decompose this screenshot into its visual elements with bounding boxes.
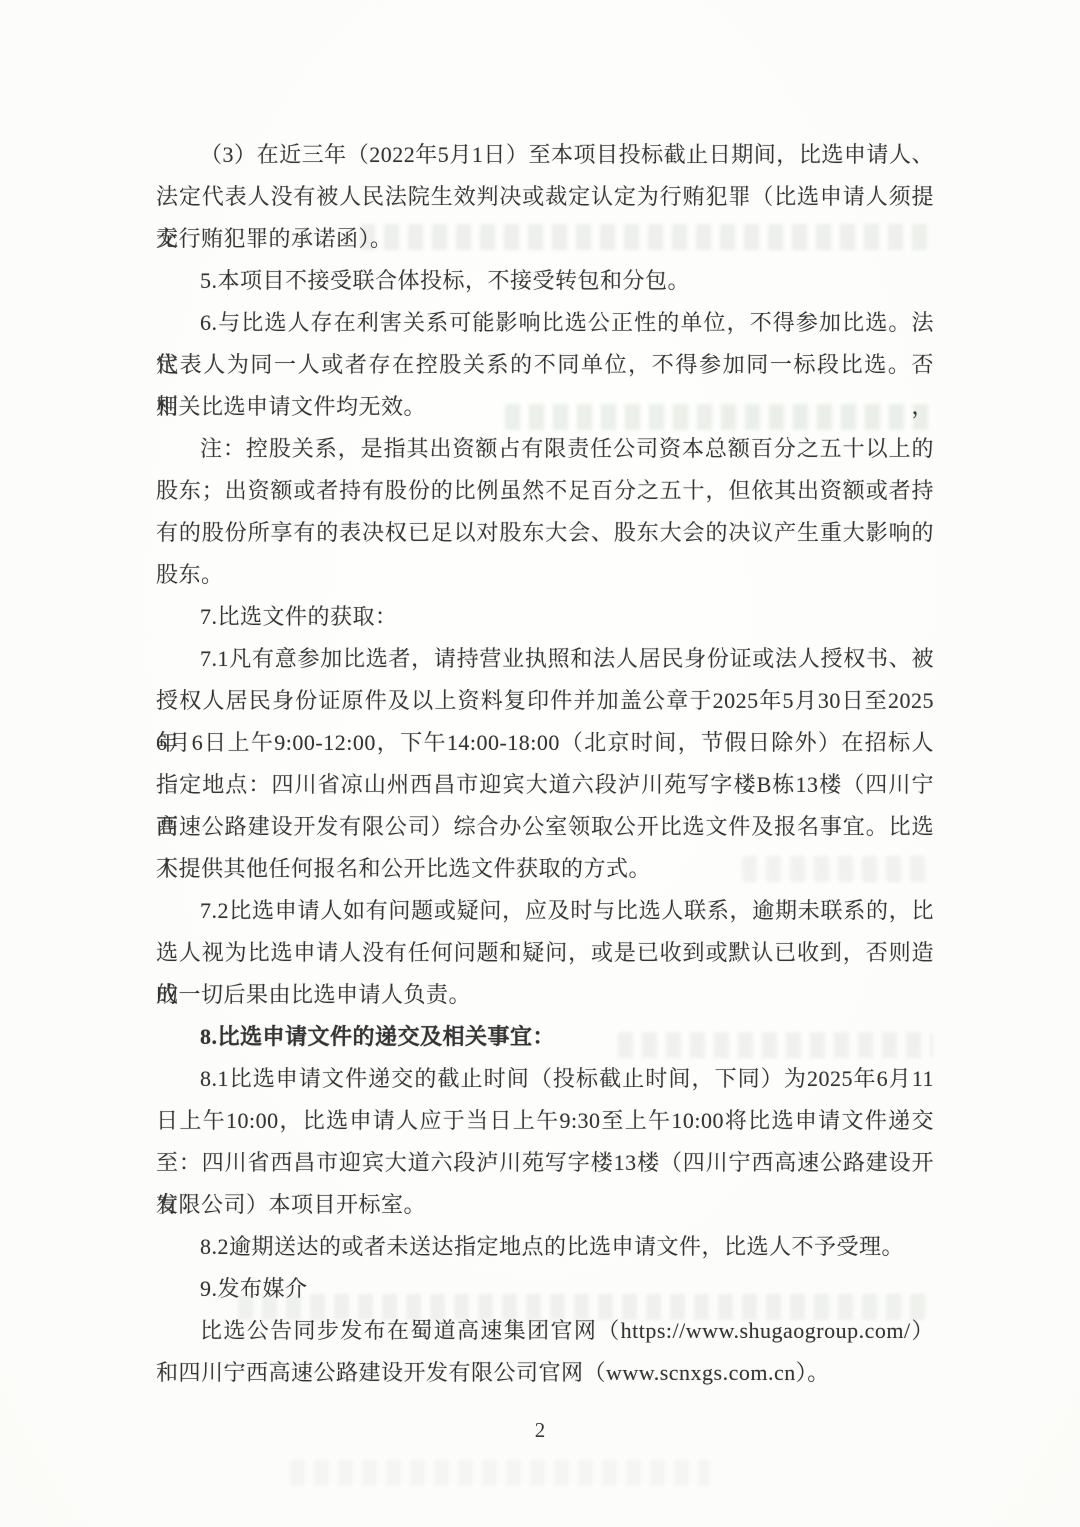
document-line: 9.发布媒介 [156, 1268, 934, 1310]
document-line: 授权人居民身份证原件及以上资料复印件并加盖公章于2025年5月30日至2025年 [156, 680, 934, 722]
document-body: （3）在近三年（2022年5月1日）至本项目投标截止日期间，比选申请人、法定代表… [156, 134, 934, 1394]
document-line: 7.比选文件的获取： [156, 596, 934, 638]
document-line: 至：四川省西昌市迎宾大道六段泸川苑写字楼13楼（四川宁西高速公路建设开发 [156, 1142, 934, 1184]
document-line: 比选公告同步发布在蜀道高速集团官网（https://www.shugaogrou… [156, 1310, 934, 1352]
document-line: 无行贿犯罪的承诺函）。 [156, 218, 934, 260]
document-line: 高速公路建设开发有限公司）综合办公室领取公开比选文件及报名事宜。比选人 [156, 806, 934, 848]
document-line: 代表人为同一人或者存在控股关系的不同单位，不得参加同一标段比选。否则， [156, 344, 934, 386]
document-line: 7.2比选申请人如有问题或疑问，应及时与比选人联系，逾期未联系的，比 [156, 890, 934, 932]
document-line: 注：控股关系，是指其出资额占有限责任公司资本总额百分之五十以上的 [156, 428, 934, 470]
document-line: 日上午10:00，比选申请人应于当日上午9:30至上午10:00将比选申请文件递… [156, 1100, 934, 1142]
page-number: 2 [0, 1418, 1080, 1443]
document-line: 指定地点：四川省凉山州西昌市迎宾大道六段泸川苑写字楼B栋13楼（四川宁西 [156, 764, 934, 806]
document-line: 法定代表人没有被人民法院生效判决或裁定认定为行贿犯罪（比选申请人须提交 [156, 176, 934, 218]
document-line: 股东。 [156, 554, 934, 596]
document-line: 不提供其他任何报名和公开比选文件获取的方式。 [156, 848, 934, 890]
document-line: 和四川宁西高速公路建设开发有限公司官网（www.scnxgs.com.cn）。 [156, 1352, 934, 1394]
ink-bleedthrough [290, 1460, 710, 1486]
scanned-document-page: （3）在近三年（2022年5月1日）至本项目投标截止日期间，比选申请人、法定代表… [0, 0, 1080, 1527]
document-line: 8.比选申请文件的递交及相关事宜： [156, 1016, 934, 1058]
document-line: 8.1比选申请文件递交的截止时间（投标截止时间，下同）为2025年6月11 [156, 1058, 934, 1100]
document-line: 有限公司）本项目开标室。 [156, 1184, 934, 1226]
document-line: 6.与比选人存在利害关系可能影响比选公正性的单位，不得参加比选。法定 [156, 302, 934, 344]
document-line: 6月6日上午9:00-12:00，下午14:00-18:00（北京时间，节假日除… [156, 722, 934, 764]
document-line: 8.2逾期送达的或者未送达指定地点的比选申请文件，比选人不予受理。 [156, 1226, 934, 1268]
document-line: （3）在近三年（2022年5月1日）至本项目投标截止日期间，比选申请人、 [156, 134, 934, 176]
document-line: 的一切后果由比选申请人负责。 [156, 974, 934, 1016]
document-line: 选人视为比选申请人没有任何问题和疑问，或是已收到或默认已收到，否则造成 [156, 932, 934, 974]
document-line: 5.本项目不接受联合体投标，不接受转包和分包。 [156, 260, 934, 302]
document-line: 有的股份所享有的表决权已足以对股东大会、股东大会的决议产生重大影响的 [156, 512, 934, 554]
document-line: 7.1凡有意参加比选者，请持营业执照和法人居民身份证或法人授权书、被 [156, 638, 934, 680]
document-line: 股东；出资额或者持有股份的比例虽然不足百分之五十，但依其出资额或者持 [156, 470, 934, 512]
